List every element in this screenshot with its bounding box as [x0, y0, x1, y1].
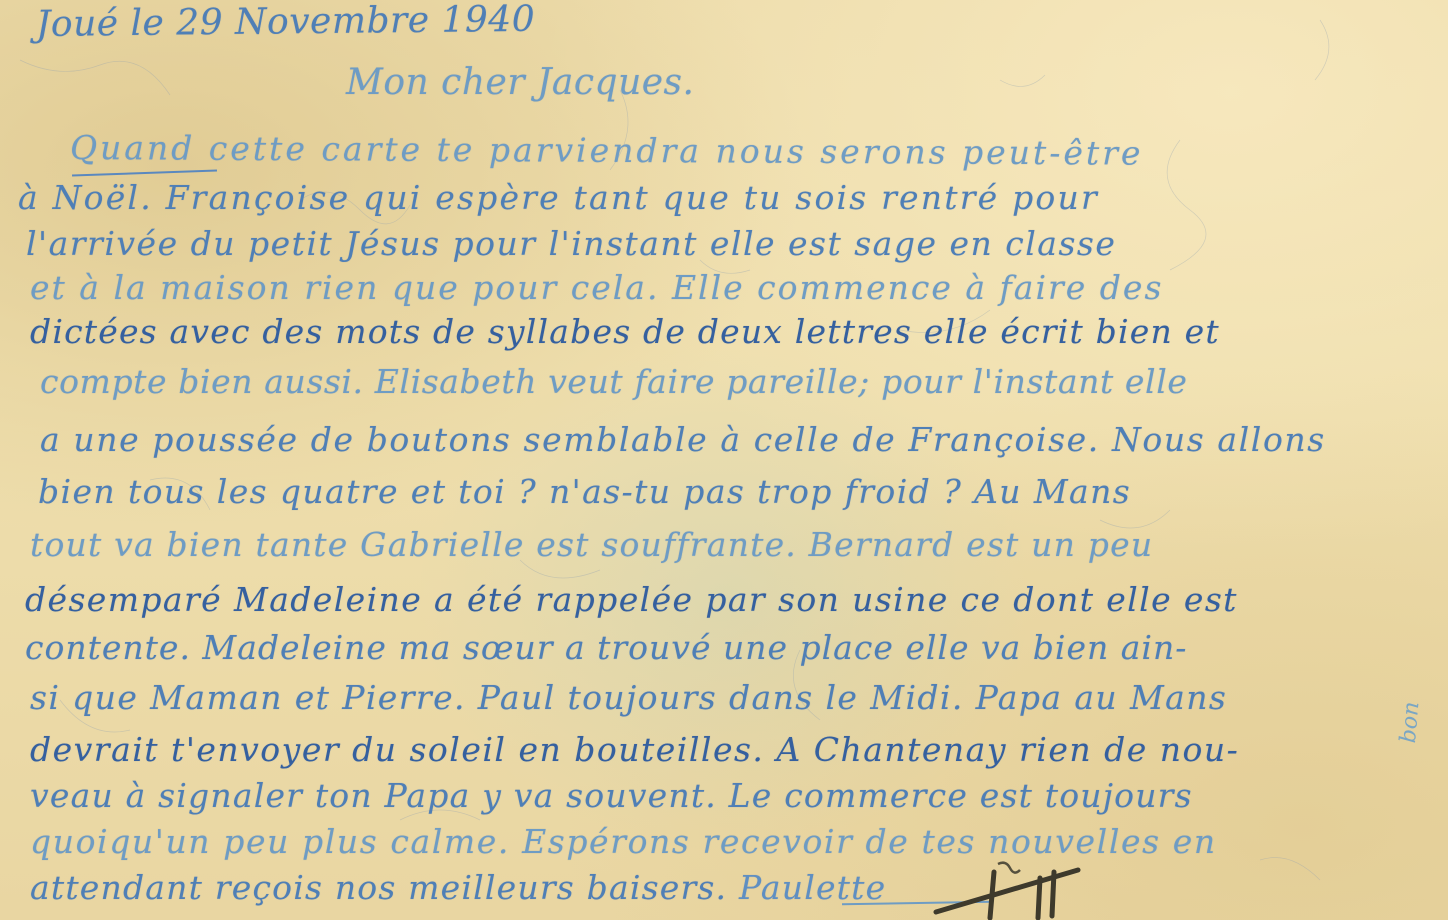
margin-note: bon — [1396, 701, 1425, 745]
letter-line-16: attendant reçois nos meilleurs baisers. … — [30, 868, 886, 907]
letter-line-12: si que Maman et Pierre. Paul toujours da… — [30, 678, 1227, 717]
letter-paper: Joué le 29 Novembre 1940 Mon cher Jacque… — [0, 0, 1448, 920]
underline-mark — [72, 169, 217, 176]
letter-line-4: et à la maison rien que pour cela. Elle … — [30, 268, 1163, 307]
place-date-line: Joué le 29 Novembre 1940 — [36, 0, 536, 45]
letter-line-3: l'arrivée du petit Jésus pour l'instant … — [26, 224, 1116, 263]
letter-line-6: compte bien aussi. Elisabeth veut faire … — [40, 362, 1188, 401]
closing-text: attendant reçois nos meilleurs baisers. — [30, 868, 727, 907]
censor-mark-icon — [930, 858, 1090, 920]
letter-line-1: Quand cette carte te parviendra nous ser… — [70, 128, 1144, 173]
letter-line-2: à Noël. Françoise qui espère tant que tu… — [18, 178, 1099, 217]
letter-line-5: dictées avec des mots de syllabes de deu… — [30, 312, 1220, 351]
signature: Paulette — [739, 868, 886, 907]
letter-line-14: veau à signaler ton Papa y va souvent. L… — [30, 776, 1193, 815]
letter-line-7: a une poussée de boutons semblable à cel… — [40, 420, 1326, 459]
salutation: Mon cher Jacques. — [346, 62, 694, 103]
letter-line-11: contente. Madeleine ma sœur a trouvé une… — [25, 628, 1187, 667]
letter-line-9: tout va bien tante Gabrielle est souffra… — [30, 525, 1153, 564]
letter-line-15: quoiqu'un peu plus calme. Espérons recev… — [30, 822, 1217, 861]
letter-line-10: désemparé Madeleine a été rappelée par s… — [25, 580, 1238, 619]
letter-line-13: devrait t'envoyer du soleil en bouteille… — [30, 730, 1239, 769]
letter-line-8: bien tous les quatre et toi ? n'as-tu pa… — [38, 472, 1131, 511]
